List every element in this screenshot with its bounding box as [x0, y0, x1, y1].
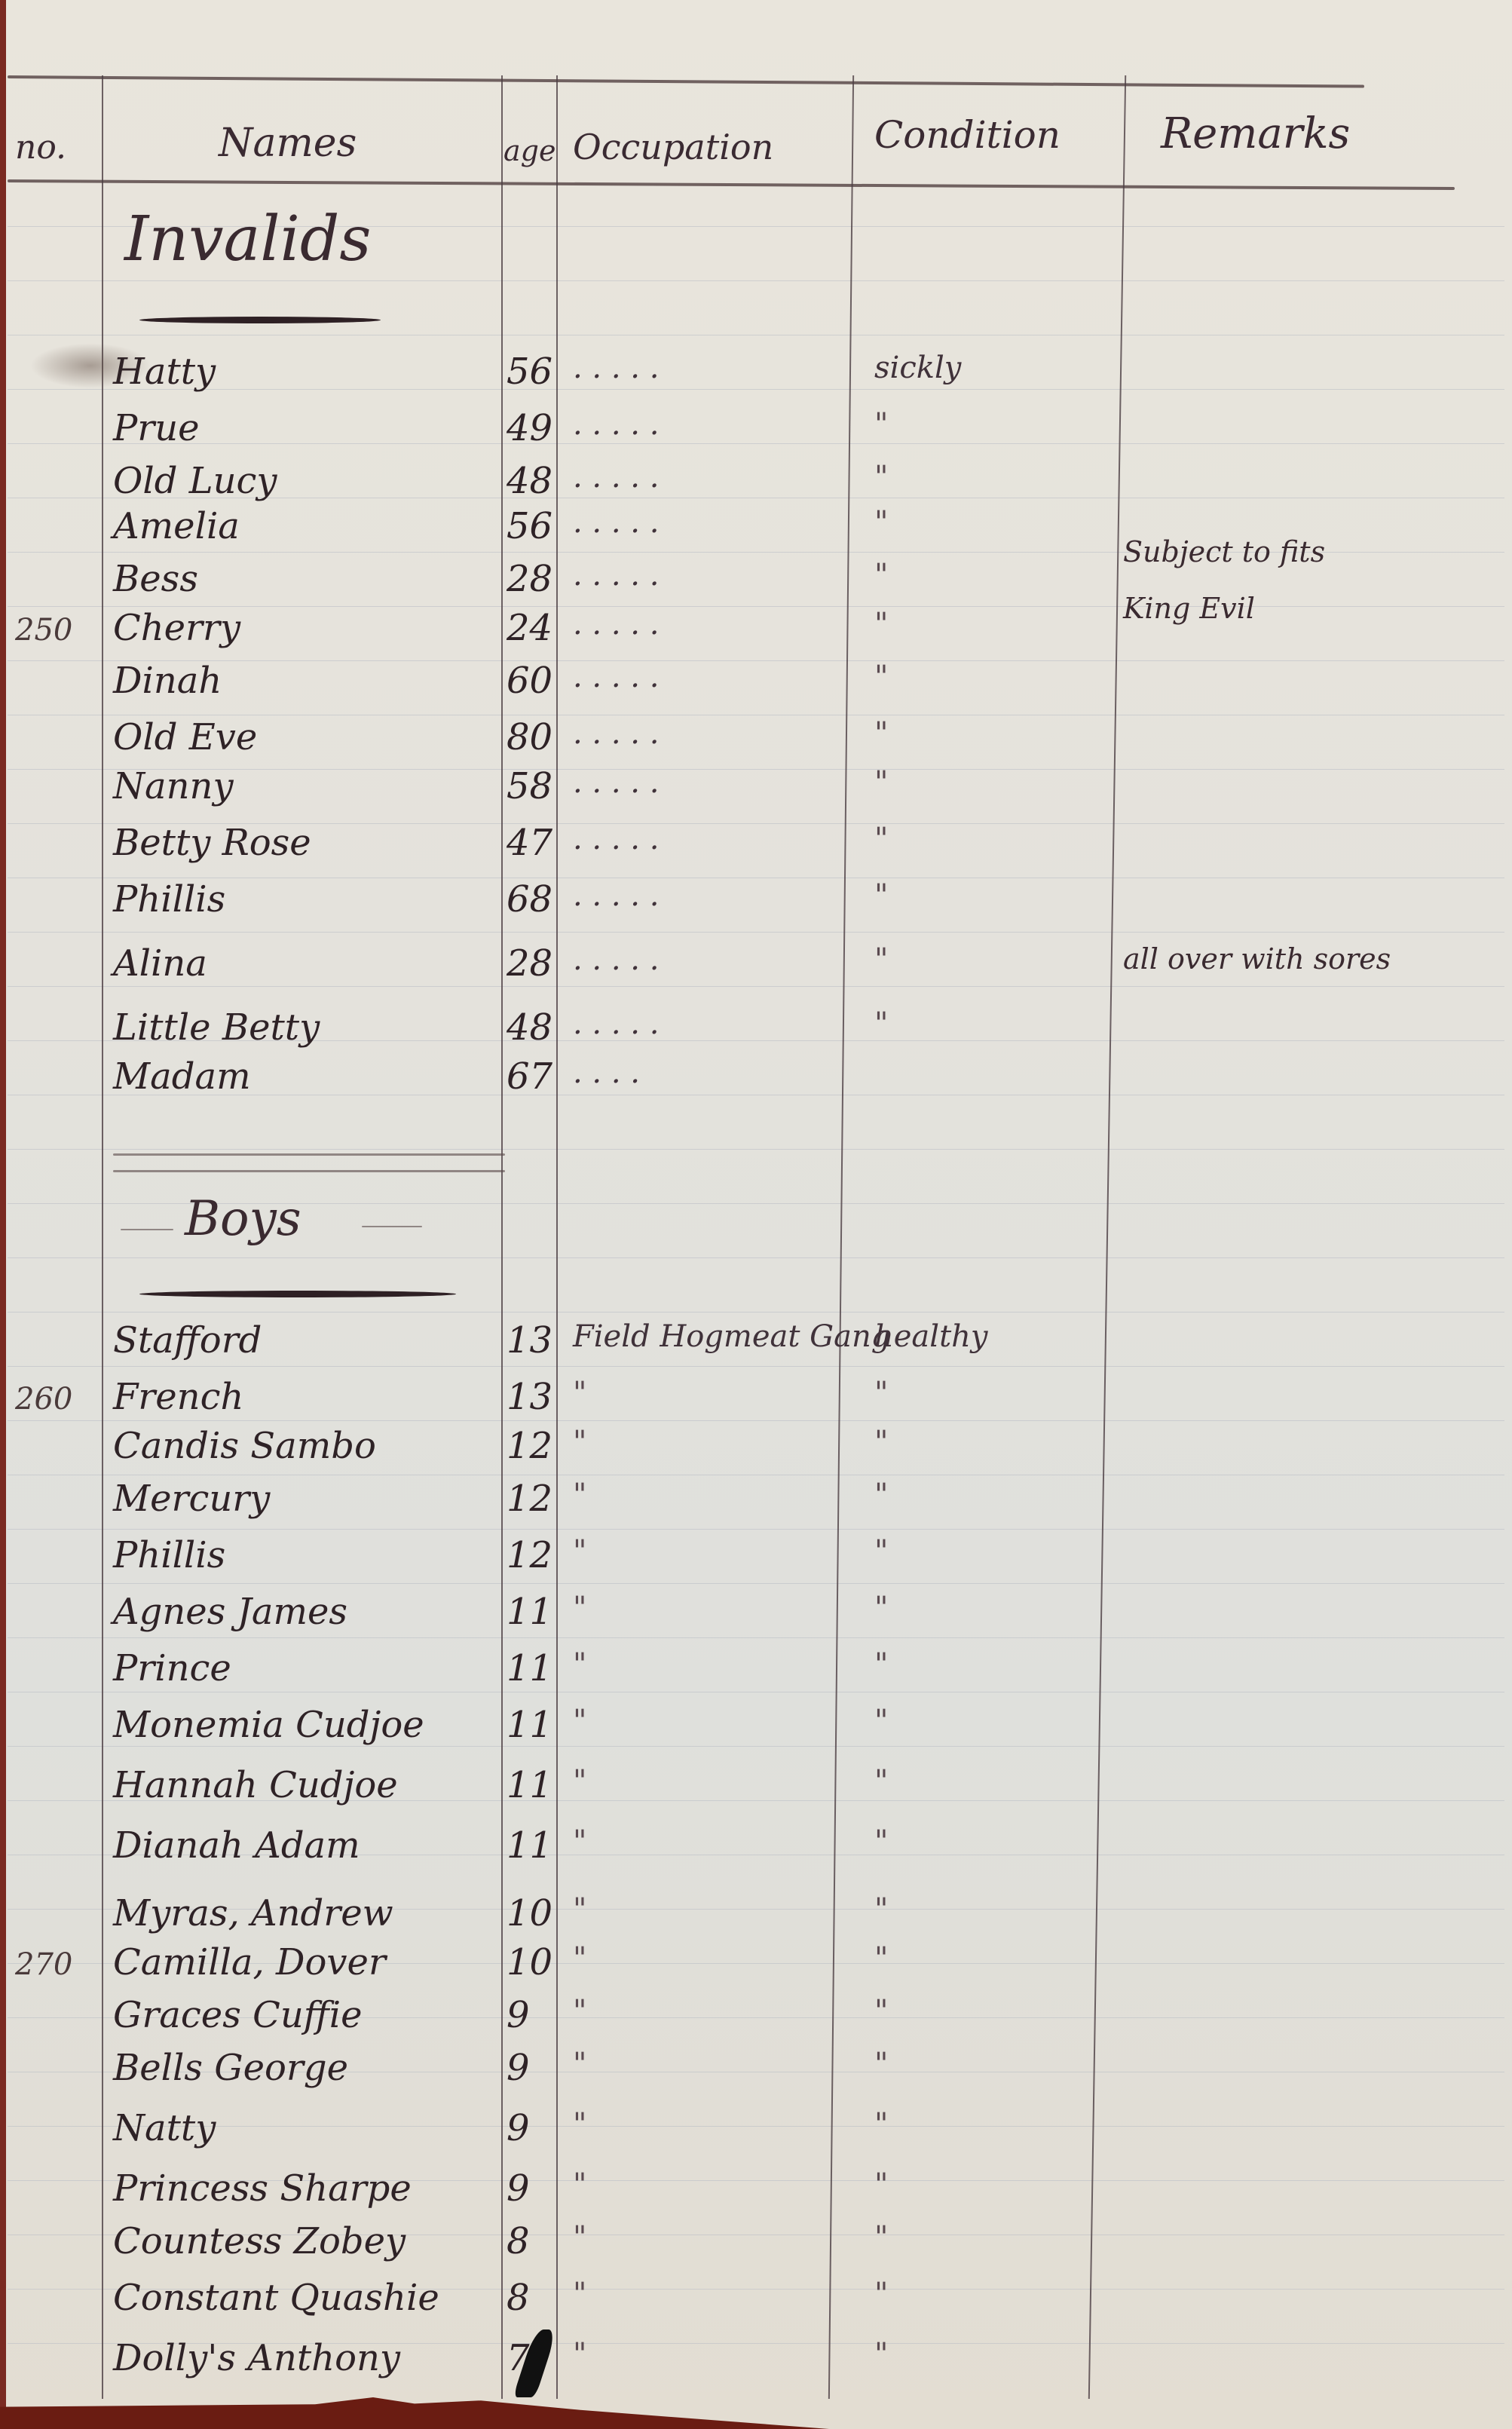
- name-cell: Prince: [113, 1647, 231, 1689]
- name-cell: Constant Quashie: [113, 2277, 439, 2319]
- condition-cell: ": [874, 1478, 895, 1512]
- occupation-cell: ": [573, 2337, 594, 2372]
- occupation-cell: ": [573, 1376, 594, 1411]
- table-row: Madam67. . . .: [0, 1055, 1512, 1108]
- age-cell: 13: [507, 1376, 552, 1418]
- name-cell: Agnes James: [113, 1591, 347, 1633]
- table-row: Prince11"": [0, 1647, 1512, 1700]
- name-cell: Mercury: [113, 1478, 270, 1520]
- condition-cell: ": [874, 1994, 895, 2029]
- occupation-cell: . . . . .: [573, 1006, 659, 1041]
- section-underline-boys: [139, 1291, 456, 1297]
- condition-cell: ": [874, 1764, 895, 1799]
- name-cell: Phillis: [113, 1534, 225, 1576]
- table-row: Mercury12"": [0, 1478, 1512, 1530]
- table-row: 260French13"": [0, 1376, 1512, 1429]
- section-separator-line-1: [113, 1153, 505, 1156]
- name-cell: Hatty: [113, 351, 216, 393]
- condition-cell: ": [874, 2277, 895, 2311]
- name-cell: Madam: [113, 1055, 251, 1098]
- age-cell: 9: [507, 2167, 530, 2210]
- condition-cell: ": [874, 1591, 895, 1625]
- table-row: Hannah Cudjoe11"": [0, 1764, 1512, 1817]
- table-row: Alina28. . . . ."all over with sores: [0, 942, 1512, 995]
- table-row: Natty9"": [0, 2107, 1512, 2160]
- name-cell: Candis Sambo: [113, 1425, 376, 1467]
- condition-cell: ": [874, 2337, 895, 2372]
- ruled-line: [8, 280, 1504, 281]
- age-cell: 12: [507, 1478, 552, 1520]
- age-cell: 11: [507, 1704, 552, 1746]
- occupation-cell: . . . . .: [573, 351, 659, 385]
- age-cell: 13: [507, 1319, 552, 1362]
- table-row: Countess Zobey8"": [0, 2220, 1512, 2273]
- age-cell: 68: [507, 878, 552, 920]
- condition-cell: ": [874, 1647, 895, 1682]
- occupation-cell: . . . . .: [573, 822, 659, 856]
- condition-cell: ": [874, 460, 895, 495]
- table-row: Dolly's Anthony7"": [0, 2337, 1512, 2390]
- occupation-cell: . . . . .: [573, 716, 659, 751]
- age-cell: 9: [507, 2047, 530, 2089]
- ruled-line: [8, 1312, 1504, 1313]
- name-cell: Dolly's Anthony: [113, 2337, 400, 2379]
- name-cell: Prue: [113, 407, 200, 449]
- age-cell: 56: [507, 505, 552, 547]
- section-separator-line-2: [113, 1170, 505, 1172]
- header-remarks: Remarks: [1161, 109, 1350, 158]
- age-cell: 67: [507, 1055, 552, 1098]
- condition-cell: ": [874, 878, 895, 913]
- condition-cell: ": [874, 822, 895, 856]
- section-title-invalids: Invalids: [124, 204, 371, 275]
- table-row: Old Eve80. . . . .": [0, 716, 1512, 769]
- occupation-cell: . . . . .: [573, 765, 659, 800]
- name-cell: Hannah Cudjoe: [113, 1764, 398, 1806]
- occupation-cell: ": [573, 2277, 594, 2311]
- name-cell: Natty: [113, 2107, 216, 2149]
- name-cell: Old Eve: [113, 716, 257, 758]
- condition-cell: ": [874, 1941, 895, 1976]
- condition-cell: ": [874, 716, 895, 751]
- age-cell: 8: [507, 2277, 530, 2319]
- age-cell: 56: [507, 351, 552, 393]
- occupation-cell: Field Hogmeat Gang: [573, 1319, 890, 1354]
- age-cell: 9: [507, 2107, 530, 2149]
- occupation-cell: ": [573, 1994, 594, 2029]
- occupation-cell: ": [573, 1824, 594, 1859]
- name-cell: Dianah Adam: [113, 1824, 360, 1867]
- ledger-page: no. Names age Occupation Condition Remar…: [0, 0, 1512, 2429]
- age-cell: 8: [507, 2220, 530, 2262]
- name-cell: Countess Zobey: [113, 2220, 406, 2262]
- name-cell: Camilla, Dover: [113, 1941, 386, 1983]
- name-cell: Bells George: [113, 2047, 348, 2089]
- occupation-cell: ": [573, 1941, 594, 1976]
- condition-cell: ": [874, 505, 895, 540]
- name-cell: Alina: [113, 942, 207, 985]
- occupation-cell: ": [573, 2167, 594, 2202]
- occupation-cell: ": [573, 1425, 594, 1460]
- occupation-cell: . . . . .: [573, 558, 659, 593]
- table-row: Agnes James11"": [0, 1591, 1512, 1643]
- occupation-cell: . . . . .: [573, 407, 659, 442]
- name-cell: Graces Cuffie: [113, 1994, 363, 2036]
- name-cell: Old Lucy: [113, 460, 277, 502]
- age-cell: 9: [507, 1994, 530, 2036]
- occupation-cell: ": [573, 1704, 594, 1738]
- boys-title-dash-left: [121, 1229, 173, 1230]
- table-row: Dinah60. . . . .": [0, 660, 1512, 712]
- name-cell: Stafford: [113, 1319, 262, 1362]
- occupation-cell: ": [573, 2107, 594, 2142]
- age-cell: 49: [507, 407, 552, 449]
- condition-cell: ": [874, 1376, 895, 1411]
- name-cell: Princess Sharpe: [113, 2167, 412, 2210]
- remarks-cell: Subject to fits: [1123, 535, 1325, 568]
- header-no: no.: [15, 128, 66, 167]
- row-number: 270: [15, 1947, 72, 1982]
- table-row: Phillis68. . . . .": [0, 878, 1512, 931]
- table-row: Candis Sambo12"": [0, 1425, 1512, 1478]
- condition-cell: ": [874, 407, 895, 442]
- condition-cell: ": [874, 2107, 895, 2142]
- occupation-cell: ": [573, 1892, 594, 1927]
- header-top-line: [8, 75, 1364, 88]
- condition-cell: ": [874, 1006, 895, 1041]
- occupation-cell: ": [573, 1647, 594, 1682]
- table-row: Dianah Adam11"": [0, 1824, 1512, 1877]
- ruled-line: [8, 1257, 1504, 1258]
- condition-cell: ": [874, 765, 895, 800]
- occupation-cell: ": [573, 2047, 594, 2081]
- age-cell: 11: [507, 1764, 552, 1806]
- age-cell: 10: [507, 1892, 552, 1934]
- table-row: 270Camilla, Dover10"": [0, 1941, 1512, 1994]
- name-cell: Betty Rose: [113, 822, 311, 864]
- age-cell: 11: [507, 1591, 552, 1633]
- condition-cell: ": [874, 1824, 895, 1859]
- condition-cell: ": [874, 1704, 895, 1738]
- condition-cell: ": [874, 1892, 895, 1927]
- table-row: Princess Sharpe9"": [0, 2167, 1512, 2220]
- table-row: Prue49. . . . .": [0, 407, 1512, 460]
- occupation-cell: . . . . .: [573, 942, 659, 977]
- ruled-line: [8, 1149, 1504, 1150]
- table-row: Nanny58. . . . .": [0, 765, 1512, 818]
- remarks-cell: King Evil: [1123, 592, 1255, 625]
- occupation-cell: ": [573, 1591, 594, 1625]
- condition-cell: ": [874, 2167, 895, 2202]
- condition-cell: healthy: [874, 1319, 988, 1354]
- condition-cell: ": [874, 2220, 895, 2255]
- condition-cell: sickly: [874, 351, 961, 385]
- occupation-cell: ": [573, 2220, 594, 2255]
- header-occupation: Occupation: [573, 127, 773, 167]
- name-cell: Myras, Andrew: [113, 1892, 393, 1934]
- table-row: Hatty56. . . . .sickly: [0, 351, 1512, 403]
- table-row: Phillis12"": [0, 1534, 1512, 1587]
- table-row: Constant Quashie8"": [0, 2277, 1512, 2329]
- boys-title-dash-right: [362, 1226, 422, 1227]
- book-cover-edge: [0, 2397, 829, 2429]
- name-cell: French: [113, 1376, 243, 1418]
- age-cell: 11: [507, 1647, 552, 1689]
- name-cell: Phillis: [113, 878, 225, 920]
- age-cell: 28: [507, 942, 552, 985]
- age-cell: 47: [507, 822, 552, 864]
- age-cell: 48: [507, 460, 552, 502]
- age-cell: 80: [507, 716, 552, 758]
- condition-cell: ": [874, 2047, 895, 2081]
- name-cell: Cherry: [113, 607, 240, 649]
- table-row: Monemia Cudjoe11"": [0, 1704, 1512, 1757]
- occupation-cell: ": [573, 1478, 594, 1512]
- table-row: Little Betty48. . . . .": [0, 1006, 1512, 1059]
- age-cell: 11: [507, 1824, 552, 1867]
- age-cell: 60: [507, 660, 552, 702]
- table-row: Stafford13Field Hogmeat Ganghealthy: [0, 1319, 1512, 1372]
- age-cell: 48: [507, 1006, 552, 1049]
- name-cell: Little Betty: [113, 1006, 320, 1049]
- condition-cell: ": [874, 607, 895, 642]
- age-cell: 12: [507, 1534, 552, 1576]
- age-cell: 28: [507, 558, 552, 600]
- condition-cell: ": [874, 1534, 895, 1569]
- table-row: Bess28. . . . ."Subject to fits: [0, 558, 1512, 611]
- age-cell: 58: [507, 765, 552, 807]
- header-bottom-line: [8, 179, 1455, 190]
- row-number: 260: [15, 1382, 72, 1417]
- header-names: Names: [219, 121, 357, 166]
- table-row: 250Cherry24. . . . ."King Evil: [0, 607, 1512, 660]
- ruled-line: [8, 335, 1504, 335]
- condition-cell: ": [874, 1425, 895, 1460]
- section-underline-invalids: [139, 317, 381, 323]
- age-cell: 24: [507, 607, 552, 649]
- occupation-cell: ": [573, 1764, 594, 1799]
- occupation-cell: . . . . .: [573, 878, 659, 913]
- occupation-cell: ": [573, 1534, 594, 1569]
- row-number: 250: [15, 613, 72, 648]
- occupation-cell: . . . . .: [573, 660, 659, 694]
- ruled-line: [8, 932, 1504, 933]
- occupation-cell: . . . . .: [573, 505, 659, 540]
- table-row: Bells George9"": [0, 2047, 1512, 2100]
- condition-cell: ": [874, 660, 895, 694]
- condition-cell: ": [874, 942, 895, 977]
- name-cell: Dinah: [113, 660, 222, 702]
- section-title-boys: Boys: [185, 1191, 301, 1247]
- occupation-cell: . . . . .: [573, 607, 659, 642]
- occupation-cell: . . . . .: [573, 460, 659, 495]
- condition-cell: ": [874, 558, 895, 593]
- table-row: Graces Cuffie9"": [0, 1994, 1512, 2047]
- ruled-line: [8, 715, 1504, 715]
- header-age: age: [503, 134, 556, 167]
- name-cell: Amelia: [113, 505, 240, 547]
- age-cell: 10: [507, 1941, 552, 1983]
- table-row: Betty Rose47. . . . .": [0, 822, 1512, 875]
- name-cell: Nanny: [113, 765, 234, 807]
- occupation-cell: . . . .: [573, 1055, 640, 1090]
- age-cell: 12: [507, 1425, 552, 1467]
- name-cell: Monemia Cudjoe: [113, 1704, 424, 1746]
- name-cell: Bess: [113, 558, 198, 600]
- header-condition: Condition: [874, 113, 1061, 157]
- table-row: Myras, Andrew10"": [0, 1892, 1512, 1945]
- remarks-cell: all over with sores: [1123, 942, 1391, 976]
